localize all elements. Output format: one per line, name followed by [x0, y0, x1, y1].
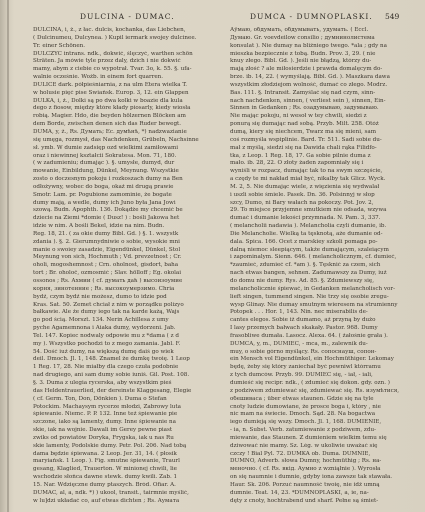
text-line: Haur. Sk. 206. Porzuć naumność twoię, ni… [230, 482, 411, 490]
text-line: 15. Nar. Wdzięczne dumy ptaszych. Bród. … [33, 482, 213, 490]
text-line: Smotr. Lam. pr. Pogubione zamominie, że … [33, 192, 213, 200]
text-line: konsulat ). Nie dumay na bliźniego twego… [230, 43, 411, 51]
text-line: ( Dulcinumeu, Dulcynea. ) Kupil iermark … [33, 35, 213, 43]
text-line: Bas. 111. §. Intransit. Zamyślać się nad… [230, 90, 411, 98]
text-line: DUMA, y, ż., Rs. Думать; Ec. думѣнѣ, *) … [33, 129, 213, 137]
text-line: nach nachdenken, sinnen, ( verliest sein… [230, 98, 411, 106]
text-line: dala. Spica. 166. Ocet z marskiey szkoli… [230, 239, 411, 247]
text-line: Sträten. Ja mówie tyle przez daly, dzich… [33, 58, 213, 66]
text-line: tort ; Br. oholoč, ozmosmić ; Slav. höll… [33, 270, 213, 278]
text-line: Potockim. Machaysym rycerze młodzi, Zabr… [33, 404, 213, 412]
text-line: muy, o sobie górno myślący. Rs. сопоснау… [230, 349, 411, 357]
text-line: nad drugiego, ani sam dumy sobie iuniś. … [33, 372, 213, 380]
text-line: M. 2, 5. Nie dumając wiele, z więzienia … [230, 184, 411, 192]
text-line: dumą, kiery się niechcem, Twarz ma się m… [230, 129, 411, 137]
text-line: §. 3. Duma z ulegia rycerska, aby wszyst… [33, 380, 213, 388]
text-line: ( melancholii nadawia ). Melancholia czy… [230, 223, 411, 231]
text-line: Die Melancholie. Wielką ta tęsknotą, aże… [230, 231, 411, 239]
text-line: z podziwem zdumiewać się, zdumiewać się.… [230, 388, 411, 396]
text-line: z tych dumców. Przyb. 99. DUMIEC się, - … [230, 372, 411, 380]
text-line: корня, зинотенние ; Rs. высокоумерзимо. … [33, 286, 213, 294]
text-line: zdania ). §. 2. Gierumnydniwie o sobie, … [33, 239, 213, 247]
right-column: Аўмaю, обдумать, обдумывать, удумать. ( … [230, 27, 411, 505]
text-line: I lasy przemych bałwach skakały. Pastor.… [230, 325, 411, 333]
text-line: się umęga, rozmysł, das Nachdenken, Grüb… [33, 137, 213, 145]
text-line: wszystkim złodziejom wolność, dumać co z… [230, 82, 411, 90]
text-line: go pod ścią. Morszt. 134. Nerin Achilles… [33, 317, 213, 325]
text-line: coś rozmyśla wspiplinie. Bard. Tr. 511. … [230, 137, 411, 145]
text-line: robią. Magier. Hdo, die beyden hölzernen… [33, 113, 213, 121]
text-line: Tr. einer Schönen. [33, 43, 213, 51]
text-line: - ia, n. Subst. Verb. zatumiewanie z pod… [230, 427, 411, 435]
text-line: dziecie na Ziemi *domie ( Dusz! ) : bośl… [33, 215, 213, 223]
text-line: zwiks od powiatów Doryka, Frygska, iak u… [33, 435, 213, 443]
text-line: dem Borde, zwischen denen sich das Ruder… [33, 121, 213, 129]
text-line: pyche Agamemnona i Aiaka dumy, wydorzeni… [33, 325, 213, 333]
text-line: меночно. ( cf. Rs. вкід. Аумно z wzniąłn… [230, 466, 411, 474]
text-line: bałkawie. Ale że dumy iego tak na karde … [33, 309, 213, 317]
text-line: ( w zadumieniu; dumając ). §. umysłe, du… [33, 160, 213, 168]
text-line: mają złość ? ale miłosierdzie i prawda d… [230, 66, 411, 74]
text-line: brze. ib. 14, 22. ( wymyślają. Bibl. Gd.… [230, 74, 411, 82]
text-line: i uszli sobie śmiele. Pasek. Dn. 36. Pol… [230, 192, 411, 200]
text-line: sł. ymb. W dumie zadsięp ozd wielkimi za… [33, 145, 213, 153]
text-line: Sinnen in Gedanken ; Rs. озадумываю, зад… [230, 105, 411, 113]
text-line: Думаю. Gr. voevdeilow consilio ; думнино… [230, 35, 411, 43]
text-line: mieszka bezpiecznie z tobą. Budn. Prov. … [230, 51, 411, 59]
text-line: odłożywny, wobec do boga, okaż mi drugą … [33, 184, 213, 192]
text-line: mowanie, Einbildung, Dünkel, Meynung. Ws… [33, 168, 213, 176]
text-line: DUMAC, al, a, ndk. *) ) ukool, transit.,… [33, 490, 213, 498]
text-line: DUMNO, Adverb. słowa Dumny, hochmüthig ;… [230, 458, 411, 466]
text-line: skie, iak na wojnie. Dawali im Gerey pew… [33, 427, 213, 435]
text-line: zosto o doczesnym pokoju i rozkoszach du… [33, 176, 213, 184]
text-line: do domu nie dumy. Rys. Ad. 85. §. Zdumie… [230, 278, 411, 286]
text-line: frasobliwe dumała. Lasocz. Alexa. 64. ( … [230, 333, 411, 341]
left-column: DULCINA, i, ż., z łac. dulcis, kochanka,… [33, 27, 213, 505]
text-line: dęty z cnoty, hochtrabend und sharf. Peł… [230, 498, 411, 506]
text-line: обешиваса ; über etwas staunen. Gdzie si… [230, 396, 411, 404]
text-line: 1 Reg. 17, 28. Nie miałby dla czego czuł… [33, 364, 213, 372]
text-line: ( cf. Germ. Ton, Don, Dönkien ). Duma o … [33, 396, 213, 404]
text-line: tka, z Leop. 1 Reg. 18, 17. Ga sobie pil… [230, 153, 411, 161]
text-line: lieft singen, tummend singen. Nie trzy s… [230, 294, 411, 302]
text-line: dego z fiosow, między które kłady piosar… [33, 105, 213, 113]
text-line: dumnie. Teat. 14, 23. *DUMNOPLASKI, a, i… [230, 490, 411, 498]
text-line: gesang, Klaglied, Trauerton. W minionej … [33, 466, 213, 474]
text-line: *zaumieć, zdumieć cf. *am ). §. Tęsknić … [230, 262, 411, 270]
text-line: a czędy te mi nakład miał być, nikalby t… [230, 176, 411, 184]
text-line: wyniśli w rozpacz, dumając tak to na swy… [230, 168, 411, 176]
text-line: DULCINA, i, ż., z łac. dulcis, kochanka,… [33, 27, 213, 35]
text-line: dumy mają, a wedle, dumy ich Juno była J… [33, 200, 213, 208]
left-running-head: DULCINA - DUMAC. [80, 12, 175, 21]
text-line: czczy ! Bial Pyl. 72. DUMKA ob. Duma. DU… [230, 451, 411, 459]
text-line: nic mam na świecie. Dmoch. Sąd. 28. Na b… [230, 411, 411, 419]
text-line: DUMCA, y, m., DUMIEC, - mca, m., zalewni… [230, 341, 411, 349]
binding-gutter [7, 0, 9, 512]
text-line: Tel. 147. Kopiec nodwaly odpowie mu z *d… [33, 333, 213, 341]
text-line: szową. Budn. Apophth. 136. Dokądże my ch… [33, 207, 213, 215]
text-line: dumieść się recipr. ndk., ( zdumieć się … [230, 380, 411, 388]
text-line: wysp Glinay. Nie dumay smutnym wieresem … [230, 302, 411, 310]
text-line: Reg. 18, 21. ( za okie dumy Bibl. Gd. ) … [33, 231, 213, 239]
text-line: mało. ib. 28, 22. O złoty żaden zapomnia… [230, 160, 411, 168]
text-line: ossonos ; Rs. Ахмии ( cf. думать даћ ) в… [33, 278, 213, 286]
text-line: oholi, mogoshemnost ; Crn. oholnost, gis… [33, 262, 213, 270]
text-line: ponurą się dumając nad sobą. Przyb. Milt… [230, 121, 411, 129]
text-line: w holusie pięć pise Świańsk. Europ. 3, 1… [33, 90, 213, 98]
text-line: szcy, Dumo, ni Bary wałach na pokoczy. P… [230, 200, 411, 208]
text-line: maryiańsk. 1 Leop. ). Fig. smutne śpiewa… [33, 458, 213, 466]
text-line: idzie w nim. A bośli Bekel, idzie na nim… [33, 223, 213, 231]
text-line: DULKA, i, ż., Dolki są po dwa kolki w bo… [33, 98, 213, 106]
text-line: dalną niemoc sleepiącym, także dumającym… [230, 247, 411, 255]
text-line: DULCZYĆ intrans. ndk., dokwić, ślęczyć, … [33, 51, 213, 59]
text-line: szczone, iako są lamenty, dumy. Inne śpi… [33, 419, 213, 427]
text-line: w lu]dzi układać co, auf etwas dichten ;… [33, 498, 213, 506]
page-number: 549 [385, 12, 399, 21]
text-line: dziwować nie mamy. Sz. Lég. w ukoliwie u… [230, 443, 411, 451]
text-line: miewanie, das Staunen. Z dumieniem wielk… [230, 435, 411, 443]
text-line: Kras. Sat. 50. Zemet chciał z nim w porz… [33, 302, 213, 310]
text-line: dama będzie śpiewana. 2 Leop. Jer. 31, 1… [33, 451, 213, 459]
text-line: das Heldentrauerlied, der dereinste Klag… [33, 388, 213, 396]
text-line: będę, żeby się który zaniechał być pewni… [230, 364, 411, 372]
text-line: bydź, czym bydź nie możesz, dumo to idzi… [33, 294, 213, 302]
text-line: i zapominalym. Sienn. 646. ( melancholic… [230, 254, 411, 262]
text-line: deil. Dmoch. Jl. 1, 148. Znamel że dumkę… [33, 356, 213, 364]
text-line: cantes elegos. Sobie iż dumamo, aż przyn… [230, 317, 411, 325]
running-header: DULCINA - DUMAC. DUMCA - DUMNOPLASKI. 54… [0, 8, 425, 22]
text-line: Аўмaю, обдумать, обдумывать, удумать. ( … [230, 27, 411, 35]
text-line: manie o swoiey zasadzie, Eigendünkel, Dü… [33, 247, 213, 255]
text-line: knuy złego. Bibl. Gd. ). Jeśli nie błądz… [230, 58, 411, 66]
text-line: skie lamenty, Podolskie dumy. Petr. Pol.… [33, 443, 213, 451]
text-line: oraz i niewinnej kształcii Sokratesa. Mo… [33, 153, 213, 161]
text-line: cnoty ludzie dumowiane, że prosce boga i… [230, 404, 411, 412]
text-line: 54. Dość iuż dumy, na większą dumę daiś … [33, 349, 213, 357]
text-line: Potopek . . . Hor. 1, 143. Nin. nec mise… [230, 309, 411, 317]
text-line: Nie mając pokoju, ni wesoł w tey chwili,… [230, 113, 411, 121]
text-line: Meynung von sich, Hochmuth ; Vd. prevzet… [33, 254, 213, 262]
text-line: ein Mensch vol Eigendünkel, ein Hochmüth… [230, 356, 411, 364]
text-line: dumać i dumanie lekości przymnada. N. Pa… [230, 215, 411, 223]
text-line: mamy, abym z ciebie co wypotrał. Tvar. 3… [33, 66, 213, 74]
book-page: DULCINA - DUMAC. DUMCA - DUMNOPLASKI. 54… [0, 0, 425, 512]
text-line: on się naumnie i dumnie, gdyby iona zaws… [230, 474, 411, 482]
text-line: śpiewanie. Niemc. P. P. 132. Inne też śp… [33, 411, 213, 419]
text-line: DULICE dark. półpieśniarnia, z na ulm Et… [33, 82, 213, 90]
text-line: melancholicznie śpiewać, in Gedanken mel… [230, 286, 411, 294]
right-running-head: DUMCA - DUMNOPLASKI. [250, 12, 373, 21]
text-line: wschodzie słońca dawne stewk. dumy kwili… [33, 474, 213, 482]
text-line: walnie ocześnie. Wożb. in einem fort qua… [33, 74, 213, 82]
text-line: my ). Wszystko pochodzi to z mego zamani… [33, 341, 213, 349]
text-line: mał z myślą, siedzi się na Dawida chali … [230, 145, 411, 153]
text-line: iego dumieją się wszy. Dmoch. Jl. 1, 168… [230, 419, 411, 427]
text-line: 29. To miejsce przyjemne smutkiem nie od… [230, 207, 411, 215]
text-line: nach etwas bangen, sehnen. Zadumawszy za… [230, 270, 411, 278]
